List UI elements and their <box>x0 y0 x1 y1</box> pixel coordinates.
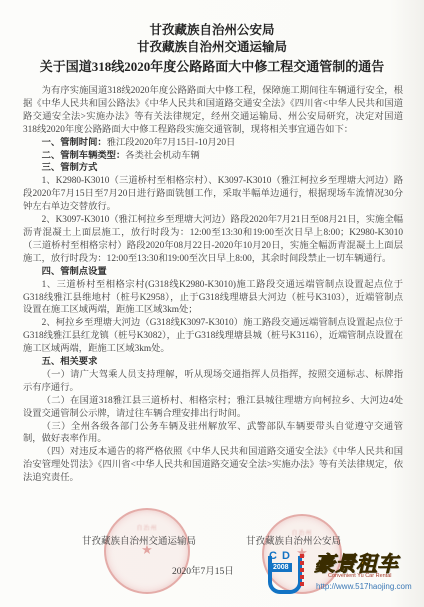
section-2-heading: 二、管制车辆类型： <box>42 151 126 161</box>
logo-red-dots <box>300 554 305 594</box>
section-4-heading: 四、管制点设置 <box>23 266 403 279</box>
section-4-paragraph-2: 2、柯拉乡至理塘大河边（G318线K3097-K3010）施工路段交通远端管制点… <box>23 317 403 356</box>
issuing-agency-2: 甘孜藏族自治州交通运输局 <box>0 39 424 56</box>
seal-arc-text: 自治州 <box>136 523 157 532</box>
intro-paragraph: 为有序实施国道318线2020年度公路路面大中修工程，保障施工期间往车辆通行安全… <box>23 85 403 137</box>
notice-body: 为有序实施国道318线2020年度公路路面大中修工程，保障施工期间往车辆通行安全… <box>23 85 403 485</box>
notice-date: 2020年7月15日 <box>172 563 234 577</box>
section-5-heading: 五、相关要求 <box>23 356 403 369</box>
logo-u-shape <box>268 556 302 594</box>
section-5-paragraph-4: （四）对违反本通告的将严格依照《中华人民共和国道路交通安全法》《中华人民共和国治… <box>23 446 403 485</box>
issuing-agency-1: 甘孜藏族自治州公安局 <box>0 22 424 39</box>
section-3-paragraph-1: 1、K2980-K3010（三道桥村至相格宗村）、K3097-K3010（雅江柯… <box>23 175 403 214</box>
section-3-heading: 三、管制方式 <box>23 162 403 175</box>
section-2-text: 各类社会机动车辆 <box>125 151 199 161</box>
section-5-paragraph-2: （二）在国道318雅江县三道桥村、相格宗村；雅江县城往理塘方向柯拉乡、大河边4处… <box>23 395 403 421</box>
haojing-car-rental-watermark: C D 2008 豪景租车 Convenient Yu Car Rental h… <box>266 548 418 602</box>
watermark-url: http://www.517haojing.com <box>316 582 412 591</box>
notice-title-block: 甘孜藏族自治州公安局 甘孜藏族自治州交通运输局 关于国道318线2020年度公路… <box>0 0 424 76</box>
section-1-heading: 一、管制时间： <box>42 138 107 148</box>
logo-year-badge: 2008 <box>270 563 292 572</box>
section-3-paragraph-2: 2、K3097-K3010（雅江柯拉乡至理塘大河边）路段2020年7月21日至0… <box>23 214 403 266</box>
notice-title: 关于国道318线2020年度公路路面大中修工程交通管制的通告 <box>0 57 424 76</box>
section-5-paragraph-1: （一）请广大驾乘人员支持理解，听从现场交通指挥人员指挥，按照交通标志、标牌指示有… <box>23 369 403 395</box>
section-4-paragraph-1: 1、三道桥村至相格宗村(G318线K2980-K3010)施工路段交通远端管制点… <box>23 279 403 318</box>
watermark-tagline: Convenient Yu Car Rental <box>328 573 392 579</box>
section-2: 二、管制车辆类型：各类社会机动车辆 <box>23 150 403 163</box>
haojing-logo-icon: C D 2008 <box>266 550 310 596</box>
section-1: 一、管制时间：雅江段2020年7月15日-10月20日 <box>23 137 403 150</box>
official-seal-transport-bureau: 自治州 ★ <box>104 508 190 594</box>
signature-police-bureau: 甘孜藏族自治州公安局 <box>246 533 341 547</box>
signature-transport-bureau: 甘孜藏族自治州交通运输局 <box>82 533 196 547</box>
scanned-notice-page: 甘孜藏族自治州公安局 甘孜藏族自治州交通运输局 关于国道318线2020年度公路… <box>0 0 424 607</box>
section-5-paragraph-3: （三）全州各级各部门公务车辆及驻州解放军、武警部队车辆要带头自觉遵守交通管制，做… <box>23 421 403 447</box>
section-1-text: 雅江段2020年7月15日-10月20日 <box>107 138 236 148</box>
